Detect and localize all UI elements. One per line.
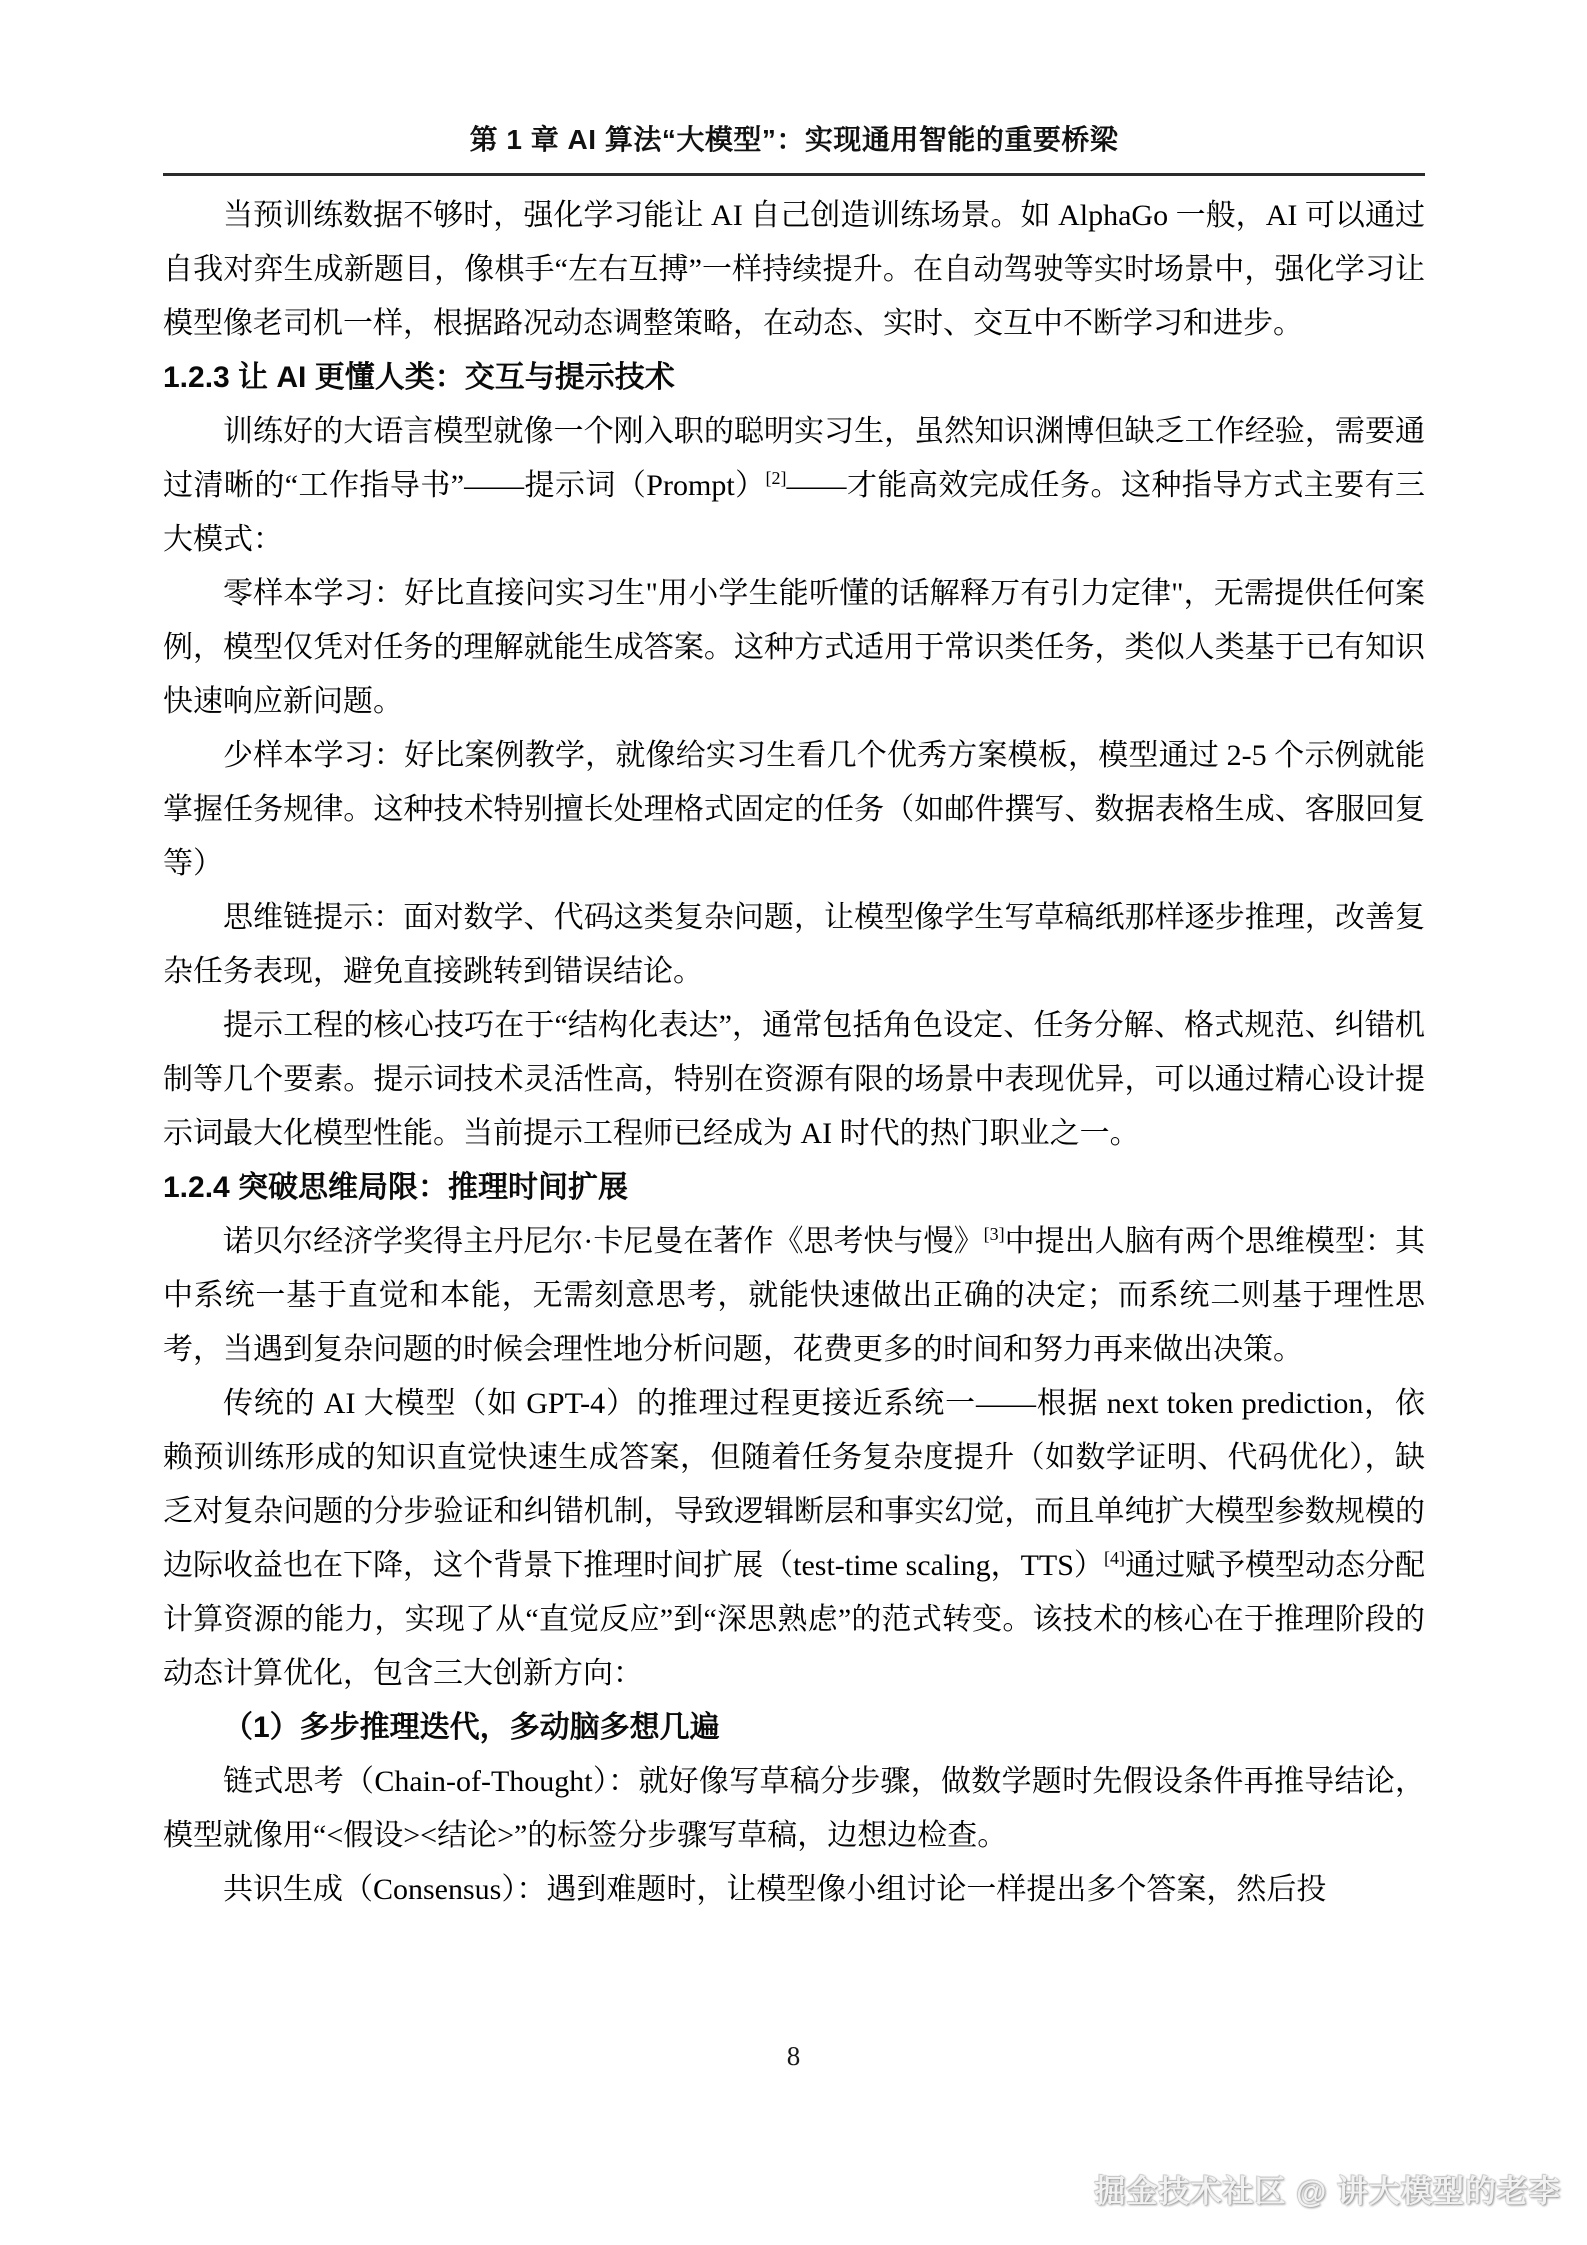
paragraph-kahneman-text-a: 诺贝尔经济学奖得主丹尼尔·卡尼曼在著作《思考快与慢》 (223, 1225, 984, 1258)
document-body: 当预训练数据不够时，强化学习能让 AI 自己创造训练场景。如 AlphaGo 一… (163, 189, 1425, 1917)
paragraph-kahneman: 诺贝尔经济学奖得主丹尼尔·卡尼曼在著作《思考快与慢》[3]中提出人脑有两个思维模… (163, 1215, 1425, 1377)
watermark-text: 掘金技术社区 @ 讲大模型的老李 (1095, 2172, 1561, 2212)
sub-heading-multi-step-reasoning: （1）多步推理迭代，多动脑多想几遍 (163, 1701, 1425, 1755)
footnote-ref-2: [2] (766, 468, 787, 488)
section-heading-1-2-4: 1.2.4 突破思维局限：推理时间扩展 (163, 1161, 1425, 1215)
chapter-title: 第 1 章 AI 算法“大模型”：实现通用智能的重要桥梁 (163, 120, 1425, 160)
footnote-ref-3: [3] (984, 1224, 1005, 1244)
paragraph-chain-of-thought: 链式思考（Chain-of-Thought）：就好像写草稿分步骤，做数学题时先假… (163, 1755, 1425, 1863)
document-page: 第 1 章 AI 算法“大模型”：实现通用智能的重要桥梁 当预训练数据不够时，强… (0, 0, 1587, 2245)
paragraph-chain-of-thought-prompt: 思维链提示：面对数学、代码这类复杂问题，让模型像学生写草稿纸那样逐步推理，改善复… (163, 891, 1425, 999)
paragraph-reinforcement-learning: 当预训练数据不够时，强化学习能让 AI 自己创造训练场景。如 AlphaGo 一… (163, 189, 1425, 351)
paragraph-zero-shot: 零样本学习：好比直接问实习生"用小学生能听懂的话解释万有引力定律"，无需提供任何… (163, 567, 1425, 729)
paragraph-test-time-scaling: 传统的 AI 大模型（如 GPT-4）的推理过程更接近系统一——根据 next … (163, 1377, 1425, 1701)
section-heading-1-2-3: 1.2.3 让 AI 更懂人类：交互与提示技术 (163, 351, 1425, 405)
paragraph-prompt-intro: 训练好的大语言模型就像一个刚入职的聪明实习生，虽然知识渊博但缺乏工作经验，需要通… (163, 405, 1425, 567)
paragraph-consensus: 共识生成（Consensus）：遇到难题时，让模型像小组讨论一样提出多个答案，然… (163, 1863, 1425, 1917)
header-rule (163, 173, 1425, 176)
page-number: 8 (0, 2040, 1587, 2072)
page-header: 第 1 章 AI 算法“大模型”：实现通用智能的重要桥梁 (163, 120, 1425, 176)
paragraph-prompt-engineering: 提示工程的核心技巧在于“结构化表达”，通常包括角色设定、任务分解、格式规范、纠错… (163, 999, 1425, 1161)
paragraph-few-shot: 少样本学习：好比案例教学，就像给实习生看几个优秀方案模板，模型通过 2-5 个示… (163, 729, 1425, 891)
footnote-ref-4: [4] (1104, 1548, 1125, 1568)
